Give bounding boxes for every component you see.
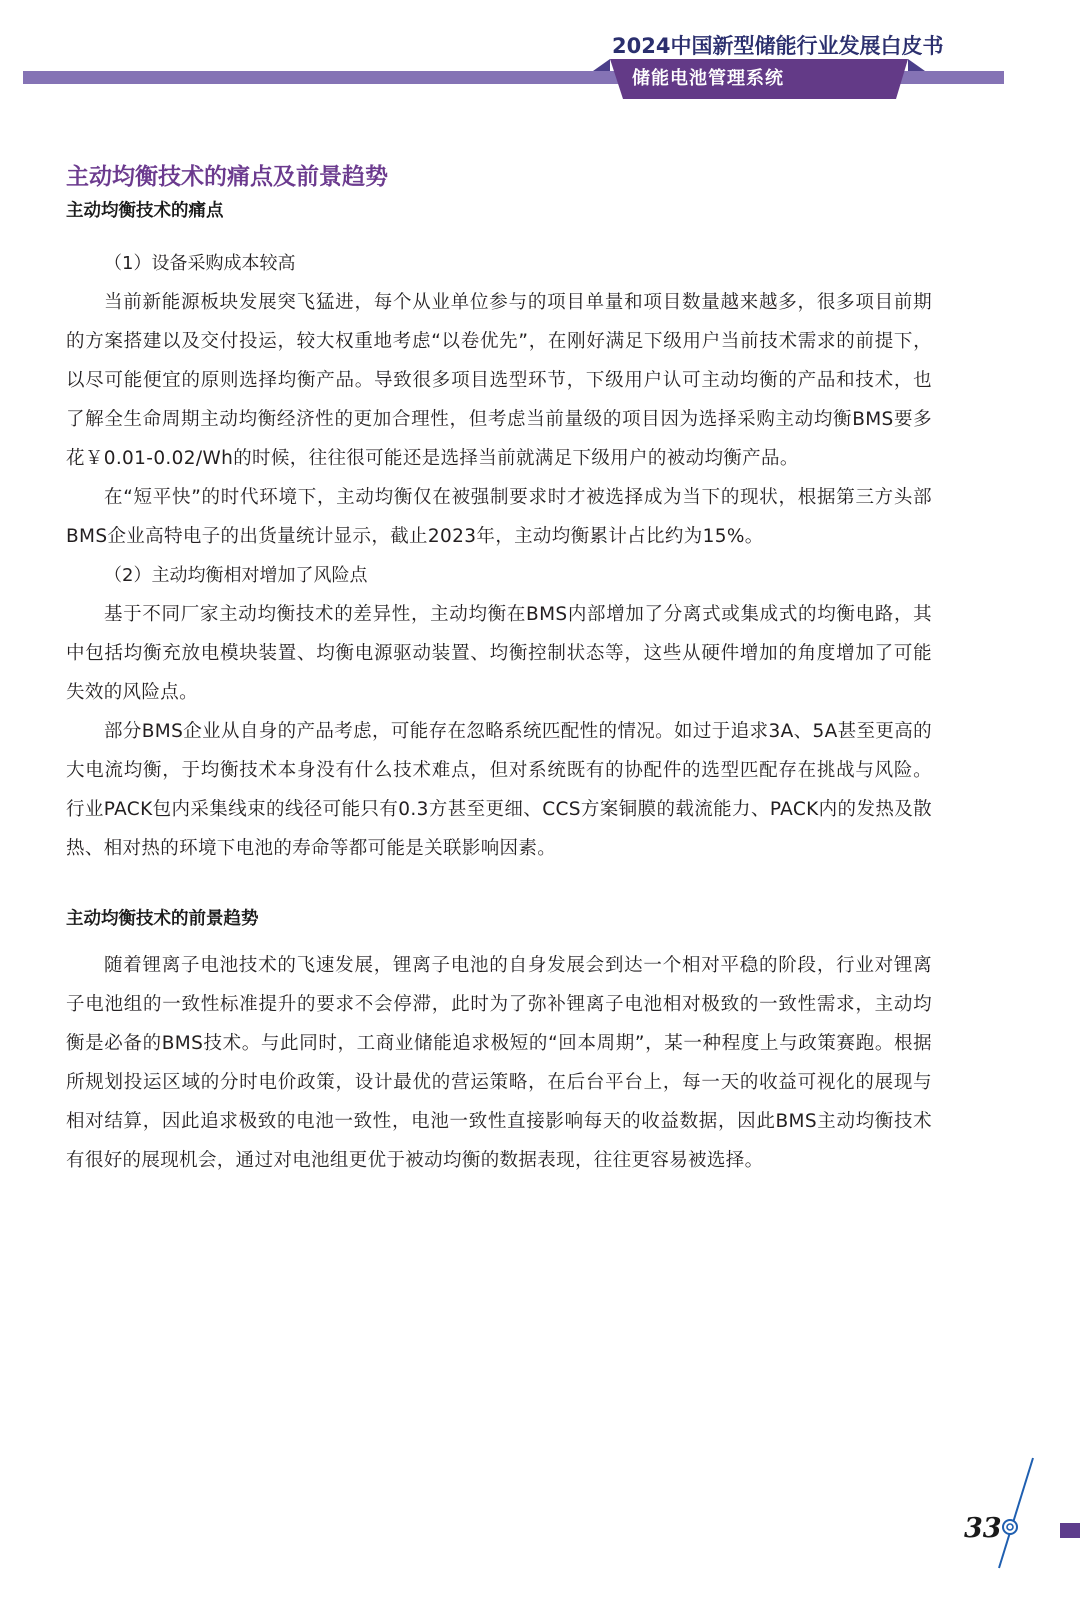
item-heading-cost: （1）设备采购成本较高	[66, 244, 932, 283]
report-title: 2024中国新型储能行业发展白皮书	[612, 30, 943, 60]
paragraph: 部分BMS企业从自身的产品考虑，可能存在忽略系统匹配性的情况。如过于追求3A、5…	[66, 712, 932, 868]
trends-heading: 主动均衡技术的前景趋势	[66, 904, 932, 934]
pain-points-heading: 主动均衡技术的痛点	[66, 196, 932, 226]
paragraph: 在“短平快”的时代环境下，主动均衡仅在被强制要求时才被选择成为当下的现状，根据第…	[66, 478, 932, 556]
article-content: 主动均衡技术的痛点及前景趋势 主动均衡技术的痛点 （1）设备采购成本较高 当前新…	[66, 158, 932, 1180]
section-title: 主动均衡技术的痛点及前景趋势	[66, 158, 932, 196]
page-number: 33	[964, 1513, 1002, 1544]
paragraph: 随着锂离子电池技术的飞速发展，锂离子电池的自身发展会到达一个相对平稳的阶段，行业…	[66, 946, 932, 1180]
paragraph: 基于不同厂家主动均衡技术的差异性，主动均衡在BMS内部增加了分离式或集成式的均衡…	[66, 595, 932, 712]
chapter-banner-label: 储能电池管理系统	[632, 64, 784, 90]
page-edge-tab	[1060, 1523, 1080, 1538]
paragraph: 当前新能源板块发展突飞猛进，每个从业单位参与的项目单量和项目数量越来越多，很多项…	[66, 283, 932, 478]
page-number-decoration-icon	[995, 1450, 1055, 1570]
item-heading-risk: （2）主动均衡相对增加了风险点	[66, 556, 932, 595]
